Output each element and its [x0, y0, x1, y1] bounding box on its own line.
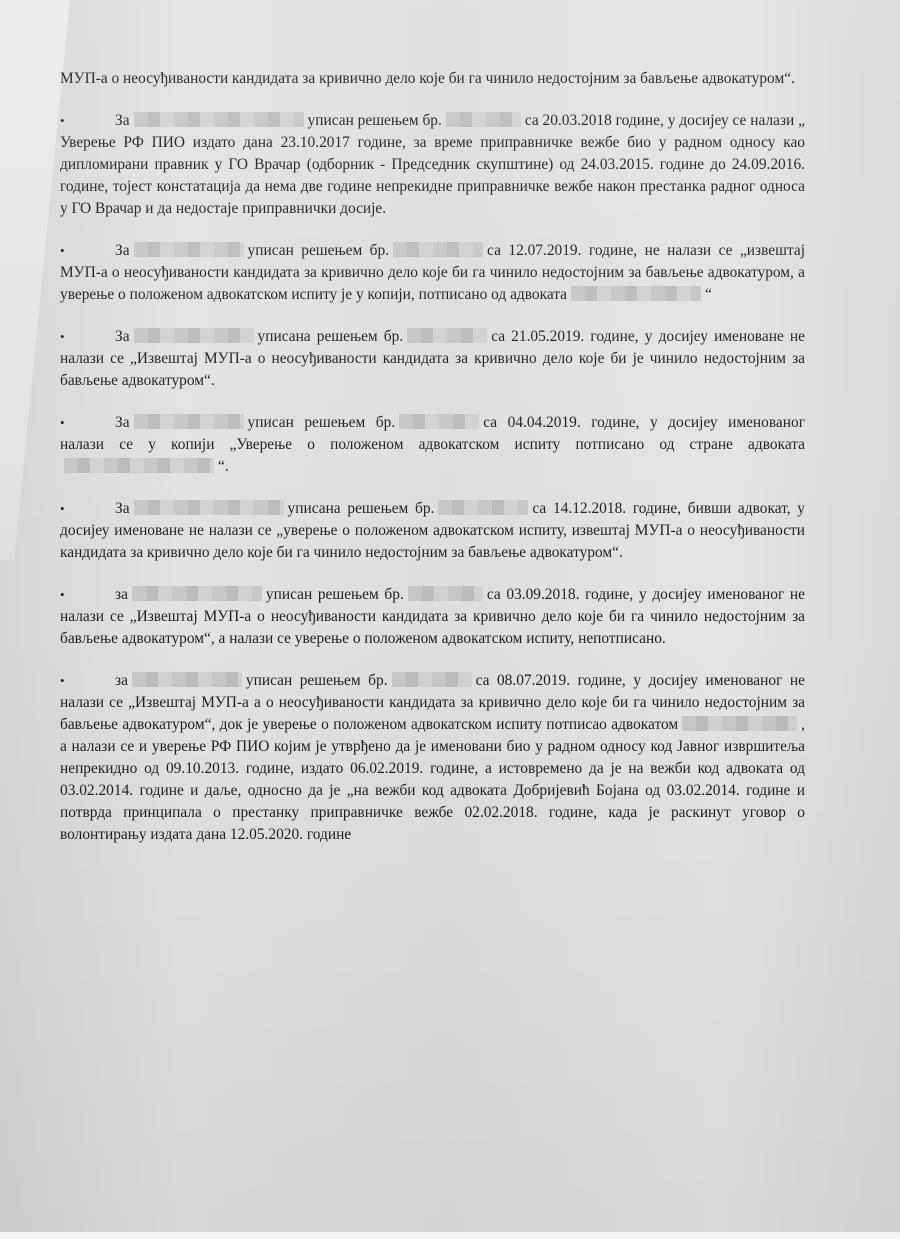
- item-lead: За: [115, 414, 130, 431]
- item-text: уписан решењем бр.: [266, 586, 404, 603]
- redacted-name: [132, 672, 242, 687]
- redacted-attorney-name: [571, 286, 701, 301]
- item-lead: за: [115, 672, 128, 689]
- bullet-icon: •: [60, 498, 115, 520]
- item-text: уписана решењем бр.: [288, 500, 435, 517]
- redacted-name: [134, 500, 284, 515]
- redacted-attorney-name: [64, 458, 214, 473]
- redacted-attorney-name: [682, 716, 797, 731]
- item-text-tail: , а налази се и уверење РФ ПИО којим је …: [60, 716, 805, 843]
- bullet-icon: •: [60, 584, 115, 606]
- redacted-name: [134, 112, 304, 127]
- redacted-name: [134, 242, 244, 257]
- redacted-number: [446, 112, 521, 127]
- bullet-icon: •: [60, 240, 115, 262]
- item-lead: За: [115, 112, 130, 129]
- bullet-icon: •: [60, 670, 115, 692]
- item-lead: За: [115, 500, 130, 517]
- item-lead: За: [115, 328, 130, 345]
- item-lead: за: [115, 586, 128, 603]
- redacted-number: [393, 242, 483, 257]
- redacted-name: [134, 328, 254, 343]
- item-lead: За: [115, 242, 130, 259]
- bullet-icon: •: [60, 326, 115, 348]
- redacted-number: [407, 328, 487, 343]
- item-text: уписан решењем бр.: [248, 242, 390, 259]
- list-item: •зауписан решењем бр.са 03.09.2018. годи…: [60, 584, 805, 650]
- item-list: •Зауписан решењем бр.са 20.03.2018 годин…: [60, 110, 805, 846]
- document-body: МУП-а о неосуђиваности кандидата за крив…: [60, 68, 805, 866]
- redacted-number: [392, 672, 472, 687]
- item-text: уписан решењем бр.: [246, 672, 388, 689]
- item-text-tail: “.: [218, 458, 229, 475]
- list-item: •зауписан решењем бр.са 08.07.2019. годи…: [60, 670, 805, 846]
- page-bottom-edge: [0, 1232, 900, 1239]
- item-text: уписана решењем бр.: [258, 328, 404, 345]
- list-item: •Зауписана решењем бр.са 21.05.2019. год…: [60, 326, 805, 392]
- list-item: •Зауписан решењем бр.са 20.03.2018 годин…: [60, 110, 805, 220]
- list-item: •Зауписан решењем бр.са 12.07.2019. годи…: [60, 240, 805, 306]
- redacted-name: [132, 586, 262, 601]
- redacted-number: [408, 586, 483, 601]
- list-item: •Зауписана решењем бр.са 14.12.2018. год…: [60, 498, 805, 564]
- redacted-name: [134, 414, 244, 429]
- item-text: уписан решењем бр.: [308, 112, 442, 129]
- bullet-icon: •: [60, 412, 115, 434]
- item-text: уписан решењем бр.: [248, 414, 396, 431]
- intro-paragraph: МУП-а о неосуђиваности кандидата за крив…: [60, 68, 805, 90]
- item-text-tail: “: [705, 286, 712, 303]
- redacted-number: [438, 500, 528, 515]
- list-item: •Зауписан решењем бр.са 04.04.2019. годи…: [60, 412, 805, 478]
- bullet-icon: •: [60, 110, 115, 132]
- redacted-number: [399, 414, 479, 429]
